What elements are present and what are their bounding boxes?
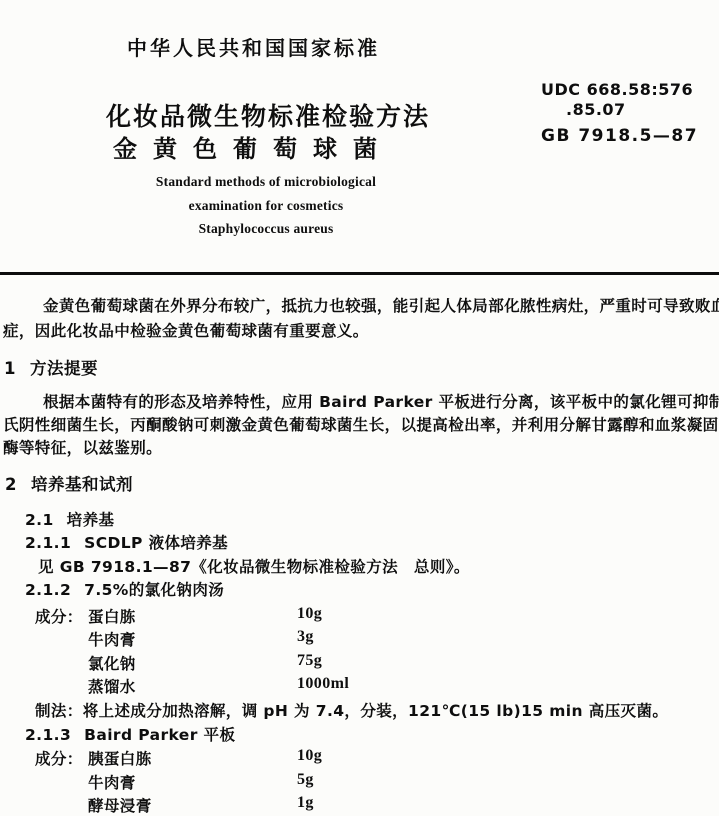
section-1-heading: 1方法提要 <box>4 355 98 379</box>
subsection-2-1-3-heading: 2.1.3Baird Parker 平板 <box>25 723 235 745</box>
intro-paragraph-line2: 症，因此化妆品中检验金黄色葡萄球菌有重要意义。 <box>3 319 369 341</box>
ingredient-amount: 75g <box>297 652 322 670</box>
subsection-2-1-title: 培养基 <box>67 511 115 529</box>
section-1-number: 1 <box>4 359 16 378</box>
ingredient-name: 牛肉膏 <box>88 771 136 793</box>
subsection-2-1-3-title: Baird Parker 平板 <box>84 726 235 744</box>
ingredient-amount: 3g <box>297 628 314 646</box>
section-2-title: 培养基和试剂 <box>31 475 133 494</box>
ingredient-row: 牛肉膏 3g <box>0 628 719 650</box>
ingredient-amount: 10g <box>297 747 322 765</box>
section-1-paragraph-line2: 氏阴性细菌生长，丙酮酸钠可刺激金黄色葡萄球菌生长，以提高检出率，并利用分解甘露醇… <box>3 413 719 435</box>
section-1-paragraph-line1: 根据本菌特有的形态及培养特性，应用 Baird Parker 平板进行分离，该平… <box>43 390 719 412</box>
section-2-number: 2 <box>5 475 17 494</box>
subsection-2-1-number: 2.1 <box>25 511 54 529</box>
ingredient-name: 牛肉膏 <box>88 628 136 650</box>
subsection-2-1-1-reference: 见 GB 7918.1—87《化妆品微生物标准检验方法 总则》。 <box>38 555 470 577</box>
ingredient-name: 蒸馏水 <box>88 675 136 697</box>
ingredient-row: 蒸馏水 1000ml <box>0 675 719 697</box>
document-title-en-line2: examination for cosmetics <box>100 198 432 214</box>
national-standard-banner: 中华人民共和国国家标准 <box>127 32 380 61</box>
section-1-paragraph-line3: 酶等特征，以兹鉴别。 <box>3 436 162 458</box>
ingredient-row: 氯化钠 75g <box>0 652 719 674</box>
ingredient-amount: 1g <box>297 794 314 812</box>
udc-code-line1: UDC 668.58:576 <box>541 80 693 99</box>
ingredient-amount: 5g <box>297 771 314 789</box>
document-title-cn-line1: 化妆品微生物标准检验方法 <box>106 97 430 133</box>
standard-document-page: 中华人民共和国国家标准 UDC 668.58:576 .85.07 GB 791… <box>0 0 719 816</box>
ingredients-label: 成分： <box>35 747 83 769</box>
subsection-2-1-3-number: 2.1.3 <box>25 726 71 744</box>
ingredient-row: 牛肉膏 5g <box>0 771 719 793</box>
udc-code-line2: .85.07 <box>566 100 626 119</box>
ingredient-name: 蛋白胨 <box>88 605 136 627</box>
ingredient-amount: 1000ml <box>297 675 349 693</box>
ingredient-name: 胰蛋白胨 <box>88 747 152 769</box>
subsection-2-1-heading: 2.1培养基 <box>25 508 114 530</box>
subsection-2-1-1-heading: 2.1.1SCDLP 液体培养基 <box>25 531 228 553</box>
document-title-en-line3: Staphylococcus aureus <box>100 221 432 237</box>
subsection-2-1-1-number: 2.1.1 <box>25 534 71 552</box>
ingredient-row: 酵母浸膏 1g <box>0 794 719 816</box>
section-2-heading: 2培养基和试剂 <box>5 471 133 495</box>
ingredients-label: 成分： <box>35 605 83 627</box>
subsection-2-1-2-heading: 2.1.27.5%的氯化钠肉汤 <box>25 578 224 600</box>
subsection-2-1-2-number: 2.1.2 <box>25 581 71 599</box>
standard-number: GB 7918.5—87 <box>541 126 698 146</box>
ingredient-row: 成分： 胰蛋白胨 10g <box>0 747 719 769</box>
ingredient-amount: 10g <box>297 605 322 623</box>
subsection-2-1-1-title: SCDLP 液体培养基 <box>84 534 228 552</box>
ingredient-name: 氯化钠 <box>88 652 136 674</box>
section-1-title: 方法提要 <box>30 359 98 378</box>
header-divider-rule <box>0 272 719 275</box>
document-title-cn-line2: 金黄色葡萄球菌 <box>113 129 393 164</box>
preparation-method-line: 制法：将上述成分加热溶解，调 pH 为 7.4，分装，121℃(15 lb)15… <box>35 699 668 721</box>
subsection-2-1-2-title: 7.5%的氯化钠肉汤 <box>84 581 224 599</box>
ingredient-name: 酵母浸膏 <box>88 794 152 816</box>
document-title-en-line1: Standard methods of microbiological <box>100 174 432 190</box>
intro-paragraph-line1: 金黄色葡萄球菌在外界分布较广，抵抗力也较强，能引起人体局部化脓性病灶，严重时可导… <box>43 294 719 316</box>
ingredient-row: 成分： 蛋白胨 10g <box>0 605 719 627</box>
